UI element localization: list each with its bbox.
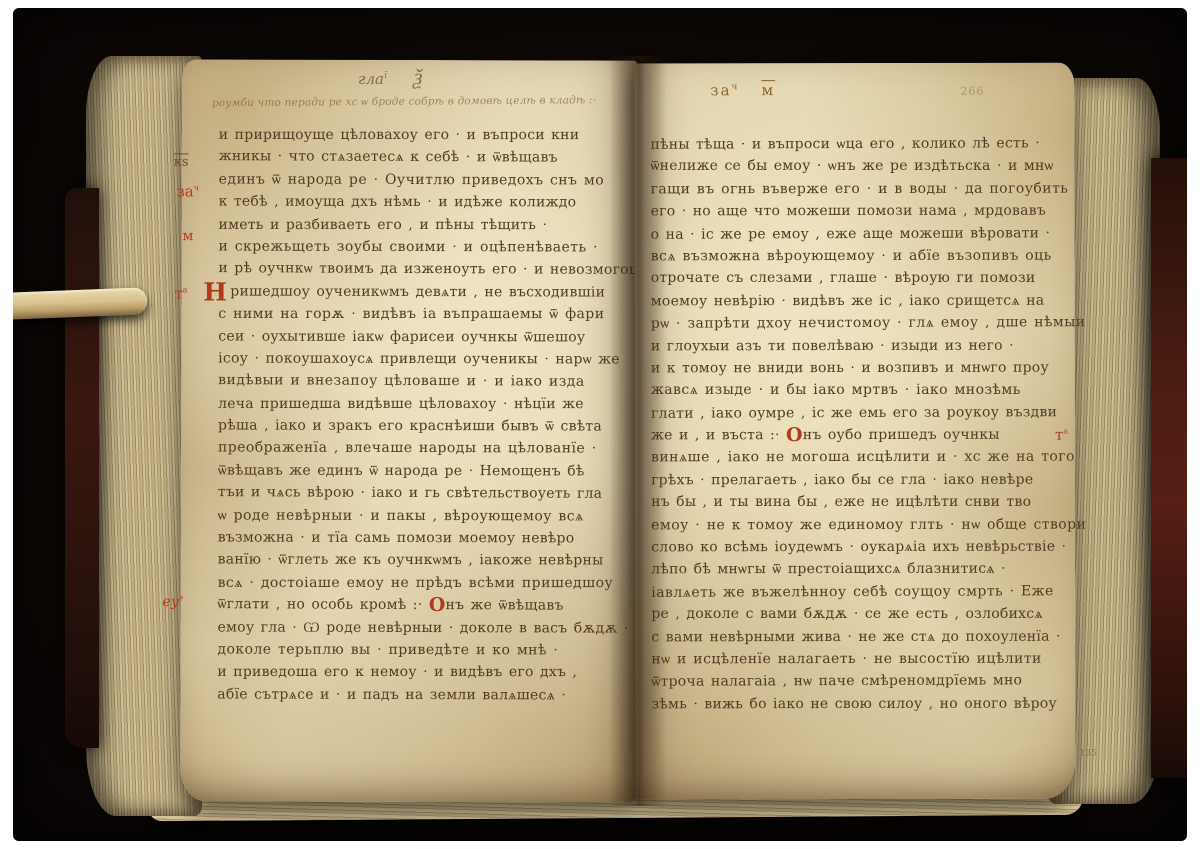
text-line: глати , іако оумре , іс же емь его за ро…	[651, 401, 1063, 425]
chapter-mark-sup: ї	[384, 71, 387, 81]
text-run: же и , и въста :·	[651, 427, 786, 443]
margin-mark-ta-right: та	[1055, 425, 1068, 442]
text-run: доколе терьплю вы · приведѣте и ко мнѣ ·	[217, 641, 558, 658]
rubric-initial: Н	[203, 287, 227, 297]
text-line: жавсѧ изыде · и бы іако мртвъ · іако мно…	[651, 379, 1063, 401]
text-run: ѡ роде невѣрныи · и пакы , вѣроующемоу в…	[218, 507, 584, 524]
manuscript-photo: глаїѯ роумби что перади ре хс ѡ броде со…	[13, 8, 1187, 841]
text-run: нъ бы , и ты вина бы , еже не ицѣлѣти сн…	[651, 494, 1031, 510]
text-line: и скрежьщеть зоубы своими · и оцѣпенѣвае…	[218, 235, 632, 258]
right-text-column: пѣны тѣща · и въпроси ѡца его , колико л…	[650, 133, 1063, 716]
text-line: ѡ роде невѣрныи · и пакы , вѣроующемоу в…	[218, 504, 632, 527]
left-text-column: и пририщоуще цѣловахоу его · и въпроси к…	[217, 124, 633, 707]
text-line: слово ко всѣмь іоудеѡмъ · оукарѧіа ихъ н…	[651, 536, 1063, 559]
text-line: его · но аще что можеши помози нама , мр…	[651, 200, 1063, 223]
text-run: жникы · что стѧзаетесѧ к себѣ · и ѿвѣщав…	[219, 149, 558, 166]
text-run: ре , доколе с вами бѫдѫ · се же есть , о…	[651, 606, 1043, 622]
text-run: всѧ възможна вѣроующемоу · и абїе възопи…	[651, 248, 1052, 265]
text-run: нъ оубо пришедъ оучнкы	[803, 427, 1000, 443]
text-line: и к томоу не вниди вонь · и возпивъ и мн…	[651, 357, 1063, 380]
text-line: рѣша , іако и зракъ его краснѣиши бывъ ѿ…	[218, 415, 632, 438]
margin-mark-ta: та	[174, 283, 187, 300]
text-line: нѡ и исцѣленїе налагаеть · не высостїю и…	[651, 648, 1063, 671]
text-line: емоу · не к томоу же единомоу глть · нѡ …	[651, 513, 1063, 536]
text-run: ришедшоу оученикѡмъ девѧти , не въсходив…	[230, 283, 605, 300]
text-run: моемоу невѣрію · видѣвъ же іс , іако сри…	[651, 292, 1045, 309]
text-run: ѿвѣщавъ же единъ ѿ народа ре · Немощенъ …	[218, 462, 585, 479]
text-run: и скрежьщеть зоубы своими · и оцѣпенѣвае…	[218, 238, 597, 255]
text-run: отрочате съ слезами , глаше · вѣроую ги …	[651, 270, 1036, 286]
text-line: к тебѣ , имоуща дхъ нѣмь · и идѣже колиж…	[219, 191, 633, 214]
text-run: и пририщоуще цѣловахоу его · и въпроси к…	[219, 127, 580, 143]
text-run: к тебѣ , имоуща дхъ нѣмь · и идѣже колиж…	[219, 194, 577, 211]
text-line: и рѣ оучнкѡ твоимъ да изженоуть его · и …	[218, 257, 632, 281]
chapter-flourish: ѯ	[413, 65, 422, 90]
text-run: слово ко всѣмь іоудеѡмъ · оукарѧіа ихъ н…	[651, 539, 1066, 556]
pencil-page-number: 135	[1080, 749, 1097, 759]
text-line: единъ ѿ народа ре · Оучитлю приведохъ сн…	[219, 168, 633, 191]
text-run: и глоухыи азъ ти повелѣваю · изыди из не…	[651, 337, 1014, 354]
text-run: ѿнелиже се бы емоу · ѡнъ же ре издѣтьска…	[651, 158, 1054, 174]
text-line: с вами невѣрными жива · не же стѧ до пох…	[651, 625, 1063, 648]
text-line: и пририщоуще цѣловахоу его · и въпроси к…	[219, 124, 633, 147]
text-line: сеи · оухытивше іакѡ фарисеи оучнкы ѿшеш…	[218, 325, 632, 348]
text-line: моемоу невѣрію · видѣвъ же іс , іако сри…	[651, 289, 1063, 312]
text-line: Нришедшоу оученикѡмъ девѧти , не въсходи…	[218, 280, 632, 303]
text-run: видѣвыи и внезапоу цѣловаше и · и іако и…	[218, 372, 585, 390]
text-line: видѣвыи и внезапоу цѣловаше и · и іако и…	[218, 369, 632, 393]
text-run: всѧ · достоіаше емоу не прѣдъ всѣми приш…	[218, 575, 614, 591]
text-line: възможна · и тїа самь помози моемоу невѣ…	[218, 527, 632, 550]
text-line: иметь и разбиваеть его , и пѣны тѣщить ·	[219, 213, 633, 236]
text-run: абїе сътрѧсе и · и падъ на земли валѧшес…	[217, 686, 566, 703]
text-line: іавлѧеть же въжелѣнноу себѣ соущоу смрть…	[651, 580, 1063, 604]
text-line: всѧ · достоіаше емоу не прѣдъ всѣми приш…	[218, 572, 632, 595]
cursive-gloss: роумби что перади ре хс ѡ броде собрѣ в …	[212, 95, 542, 110]
text-line: ѿнелиже се бы емоу · ѡнъ же ре издѣтьска…	[651, 155, 1063, 177]
text-line: ѿглати , но особь кромѣ :· Онъ же ѿвѣщав…	[217, 593, 631, 617]
text-line: тъи и чѧсь вѣрою · іако и гь свѣтельство…	[218, 481, 632, 505]
text-run: винѧше , іако не могоша исцѣлити и · хс …	[651, 449, 1075, 466]
text-line: ісоу · покоушахоусѧ привлещи оученикы · …	[218, 347, 632, 370]
text-line: и глоухыи азъ ти повелѣваю · изыди из не…	[651, 334, 1063, 357]
text-run: иметь и разбиваеть его , и пѣны тѣщить ·	[219, 216, 548, 232]
text-line: жникы · что стѧзаетесѧ к себѣ · и ѿвѣщав…	[219, 146, 633, 170]
text-run: нѡ и исцѣленїе налагаеть · не высостїю и…	[651, 651, 1041, 668]
left-cover-leather	[65, 188, 99, 748]
text-line: пѣны тѣща · и въпроси ѡца его , колико л…	[650, 132, 1062, 156]
text-line: ѿтроча налагаіа , нѡ паче смѣреномдрїемь…	[651, 670, 1063, 694]
text-run: и к томоу не вниди вонь · и возпивъ и мн…	[651, 360, 1049, 377]
text-line: нъ бы , и ты вина бы , еже не ицѣлѣти сн…	[651, 491, 1063, 513]
folio-number: 266	[960, 85, 984, 98]
text-run: и рѣ оучнкѡ твоимъ да изженоуть его · и …	[218, 260, 666, 278]
text-run: преображенїа , влечаше народы на цѣлован…	[218, 440, 597, 457]
text-run: емоу гла · Ѡ роде невѣрныи · доколе в ва…	[217, 619, 628, 636]
text-line: абїе сътрѧсе и · и падъ на земли валѧшес…	[217, 683, 631, 706]
margin-mark-zachalo-number: м	[182, 225, 193, 243]
text-line: ванїю · ѿглеть же къ оучнкѡмъ , іакоже н…	[218, 549, 632, 572]
text-run: ісоу · покоушахоусѧ привлещи оученикы · …	[218, 350, 620, 367]
text-line: и приведоша его к немоу · и видѣвъ его д…	[217, 661, 631, 684]
text-run: пѣны тѣща · и въпроси ѡца его , колико л…	[650, 135, 1039, 152]
text-run: ѿтроча налагаіа , нѡ паче смѣреномдрїемь…	[651, 673, 1022, 690]
rubric-capital: О	[786, 424, 803, 446]
text-line: грѣхъ · прелагаеть , іако бы се гла · іа…	[651, 468, 1063, 491]
text-line: доколе терьплю вы · приведѣте и ко мнѣ ·	[217, 638, 631, 661]
text-run: іавлѧеть же въжелѣнноу себѣ соущоу смрть…	[651, 583, 1053, 601]
text-line: всѧ възможна вѣроующемоу · и абїе възопи…	[651, 245, 1063, 268]
text-line: гащи въ огнь въверже его · и в воды · да…	[651, 177, 1063, 200]
left-page-holder-stick	[13, 287, 147, 319]
text-run: грѣхъ · прелагаеть , іако бы се гла · іа…	[651, 472, 1033, 489]
margin-mark-zachalo: зач	[177, 181, 199, 198]
chapter-mark-text: гла	[358, 70, 384, 88]
text-line: лѣпо бѣ мнѡгы ѿ престоіащихсѧ блазнитисѧ…	[651, 558, 1063, 581]
text-run: гащи въ огнь въверже его · и в воды · да…	[651, 180, 1069, 197]
text-line: винѧше , іако не могоша исцѣлити и · хс …	[651, 446, 1063, 469]
text-line: о на · іс же ре емоу , еже аще можеши вѣ…	[651, 222, 1063, 246]
text-run: с ними на горѫ · видѣвъ іа въпрашаемы ѿ …	[218, 306, 604, 322]
text-run: его · но аще что можеши помози нама , мр…	[651, 203, 1046, 220]
text-run: жавсѧ изыде · и бы іако мртвъ · іако мно…	[651, 382, 1021, 398]
text-run: о на · іс же ре емоу , еже аще можеши вѣ…	[651, 225, 1051, 243]
text-run: ванїю · ѿглеть же къ оучнкѡмъ , іакоже н…	[218, 552, 604, 569]
text-line: емоу гла · Ѡ роде невѣрныи · доколе в ва…	[217, 616, 631, 639]
text-run: и приведоша его к немоу · и видѣвъ его д…	[217, 664, 577, 680]
text-line: с ними на горѫ · видѣвъ іа въпрашаемы ѿ …	[218, 303, 632, 326]
rubric-capital: О	[429, 594, 446, 616]
text-run: възможна · и тїа самь помози моемоу невѣ…	[218, 530, 575, 547]
chapter-mark: глаїѯ	[358, 64, 422, 90]
text-line: ѿвѣщавъ же единъ ѿ народа ре · Немощенъ …	[218, 459, 632, 482]
zachalo-header: зачм	[710, 81, 775, 99]
text-run: рѣша , іако и зракъ его краснѣиши бывъ ѿ…	[218, 418, 602, 435]
text-run: единъ ѿ народа ре · Оучитлю приведохъ сн…	[219, 171, 604, 188]
text-run: рѡ · запрѣти дхоу нечистомоу · глѧ емоу …	[651, 314, 1086, 332]
text-line: же и , и въста :· Онъ оубо пришедъ оучнк…	[651, 424, 1063, 447]
left-page: глаїѯ роумби что перади ре хс ѡ броде со…	[180, 59, 638, 802]
photo-mat: глаїѯ роумби что перади ре хс ѡ броде со…	[0, 0, 1200, 849]
text-run: емоу · не к томоу же единомоу глть · нѡ …	[651, 516, 1086, 533]
text-run: зѣмь · вижь бо іако не свою силоу , но о…	[651, 695, 1056, 712]
text-run: ѿглати , но особь кромѣ :·	[218, 596, 429, 613]
text-line: зѣмь · вижь бо іако не свою силоу , но о…	[651, 692, 1063, 715]
text-run: сеи · оухытивше іакѡ фарисеи оучнкы ѿшеш…	[218, 328, 585, 345]
text-line: ре , доколе с вами бѫдѫ · се же есть , о…	[651, 603, 1063, 625]
text-line: леча пришедша видѣвше цѣловахоу · нѣцїи …	[218, 393, 632, 416]
text-run: леча пришедша видѣвше цѣловахоу · нѣцїи …	[218, 396, 584, 412]
right-page: зачм 266 пѣны тѣща · и въпроси ѡца его ,…	[634, 63, 1075, 800]
text-run: глати , іако оумре , іс же емь его за ро…	[651, 404, 1057, 422]
text-run: тъи и чѧсь вѣрою · іако и гь свѣтельство…	[218, 484, 603, 502]
text-line: преображенїа , влечаше народы на цѣлован…	[218, 437, 632, 460]
zachalo-word: зач	[710, 81, 739, 99]
margin-mark-ks: кѕ	[174, 151, 189, 168]
text-line: отрочате съ слезами , глаше · вѣроую ги …	[651, 267, 1063, 289]
text-run: нъ же ѿвѣщавъ	[445, 597, 563, 614]
text-run: с вами невѣрными жива · не же стѧ до пох…	[651, 628, 1060, 645]
text-line: рѡ · запрѣти дхоу нечистомоу · глѧ емоу …	[651, 311, 1063, 335]
zachalo-number: м	[761, 81, 775, 99]
text-run: лѣпо бѣ мнѡгы ѿ престоіащихсѧ блазнитисѧ…	[651, 561, 1006, 578]
margin-mark-evangelie: еуг	[163, 591, 183, 609]
